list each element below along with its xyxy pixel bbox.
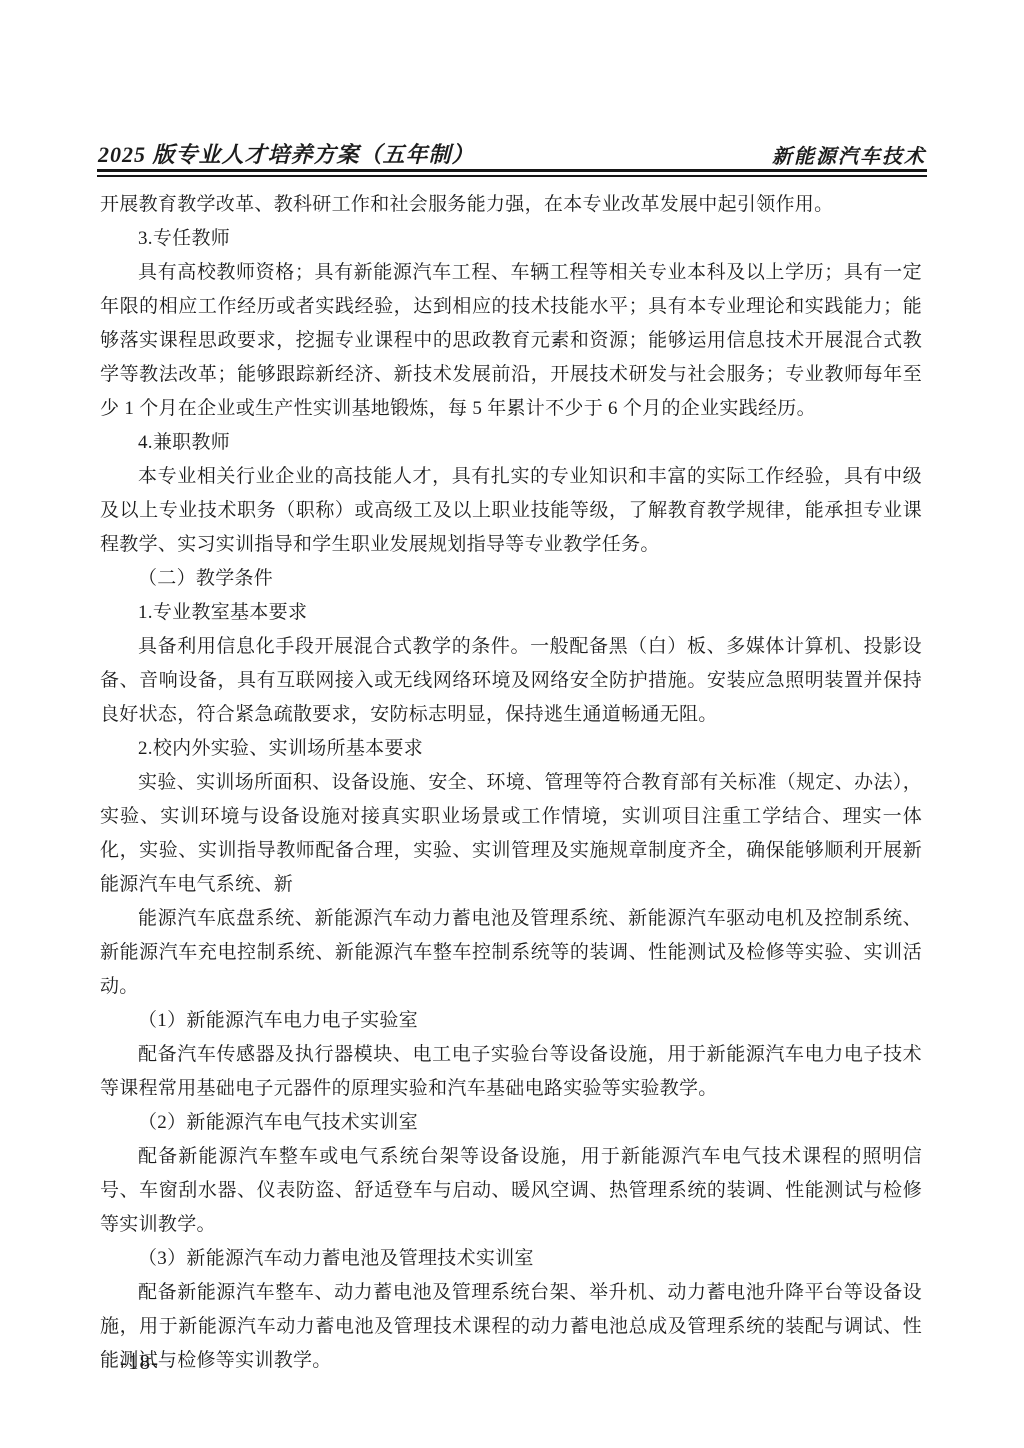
paragraph: 能源汽车底盘系统、新能源汽车动力蓄电池及管理系统、新能源汽车驱动电机及控制系统、… bbox=[100, 902, 922, 1004]
paragraph: 开展教育教学改革、教科研工作和社会服务能力强，在本专业改革发展中起引领作用。 bbox=[100, 188, 922, 222]
paragraph: 具有高校教师资格；具有新能源汽车工程、车辆工程等相关专业本科及以上学历；具有一定… bbox=[100, 256, 922, 426]
document-page: 2025 版专业人才培养方案（五年制） 新能源汽车技术 开展教育教学改革、教科研… bbox=[0, 0, 1024, 1448]
header-right-title: 新能源汽车技术 bbox=[772, 140, 926, 169]
heading: 1.专业教室基本要求 bbox=[100, 596, 922, 630]
heading: 2.校内外实验、实训场所基本要求 bbox=[100, 732, 922, 766]
header-divider-rule bbox=[97, 169, 927, 177]
paragraph: 配备新能源汽车整车或电气系统台架等设备设施，用于新能源汽车电气技术课程的照明信号… bbox=[100, 1140, 922, 1242]
heading: （3）新能源汽车动力蓄电池及管理技术实训室 bbox=[100, 1242, 922, 1276]
paragraph: 配备新能源汽车整车、动力蓄电池及管理系统台架、举升机、动力蓄电池升降平台等设备设… bbox=[100, 1276, 922, 1378]
header-left-title: 2025 版专业人才培养方案（五年制） bbox=[98, 138, 475, 169]
page-header: 2025 版专业人才培养方案（五年制） 新能源汽车技术 bbox=[98, 138, 926, 169]
heading: （1）新能源汽车电力电子实验室 bbox=[100, 1004, 922, 1038]
paragraph: 本专业相关行业企业的高技能人才，具有扎实的专业知识和丰富的实际工作经验，具有中级… bbox=[100, 460, 922, 562]
document-body: 开展教育教学改革、教科研工作和社会服务能力强，在本专业改革发展中起引领作用。3.… bbox=[100, 188, 922, 1378]
heading: 4.兼职教师 bbox=[100, 426, 922, 460]
heading: （2）新能源汽车电气技术实训室 bbox=[100, 1106, 922, 1140]
paragraph: 实验、实训场所面积、设备设施、安全、环境、管理等符合教育部有关标准（规定、办法）… bbox=[100, 766, 922, 902]
page-number: -18- bbox=[120, 1350, 159, 1375]
paragraph: 配备汽车传感器及执行器模块、电工电子实验台等设备设施，用于新能源汽车电力电子技术… bbox=[100, 1038, 922, 1106]
heading: （二）教学条件 bbox=[100, 562, 922, 596]
heading: 3.专任教师 bbox=[100, 222, 922, 256]
paragraph: 具备利用信息化手段开展混合式教学的条件。一般配备黑（白）板、多媒体计算机、投影设… bbox=[100, 630, 922, 732]
